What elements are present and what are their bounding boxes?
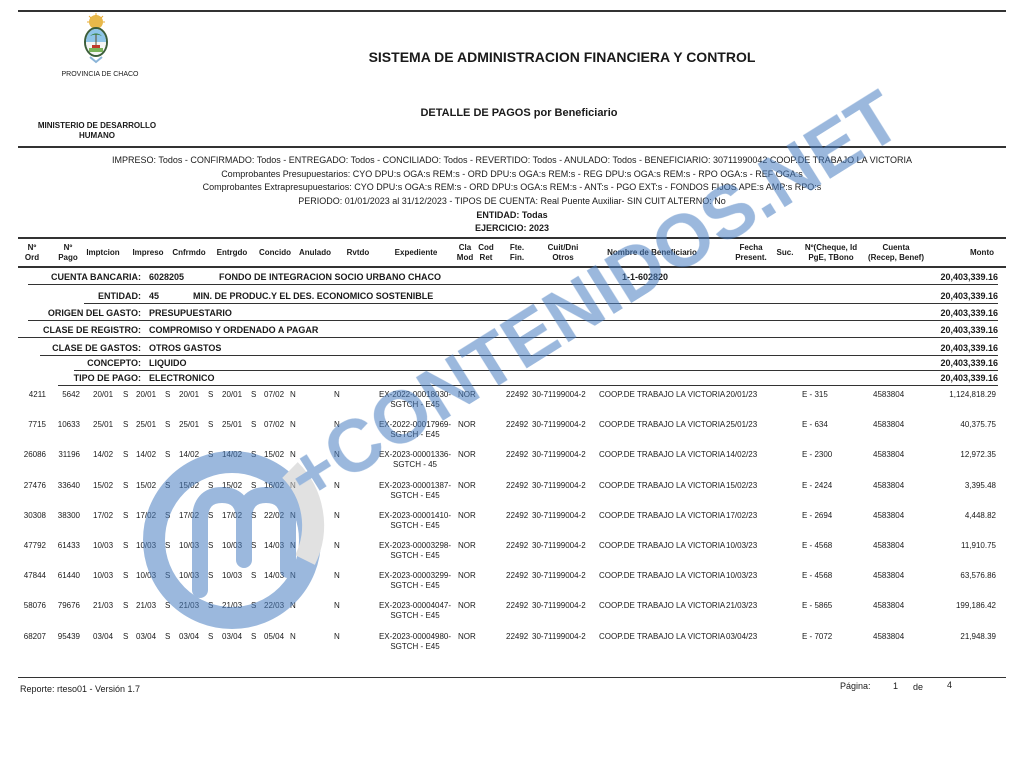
cell-cla-mod: NOR — [458, 481, 476, 490]
table-row: 274763364015/02S15/02S15/02S15/02S16/02N… — [0, 481, 1024, 511]
cell-cuenta: 4583804 — [873, 511, 904, 520]
cell-rvtdo: N — [334, 420, 340, 429]
cell-monto: 40,375.75 — [930, 420, 996, 429]
cell-concido: 16/02 — [264, 481, 284, 490]
cell-cnfrmdo-flag: S — [165, 481, 170, 490]
group-total: 20,403,339.16 — [940, 358, 998, 368]
cell-fecha: 03/04/23 — [726, 632, 757, 641]
ministry-line-2: HUMANO — [22, 131, 172, 141]
cell-pago: 61440 — [50, 571, 80, 580]
cell-entrgdo-flag: S — [208, 390, 213, 399]
cell-entrgdo: 25/01 — [222, 420, 242, 429]
cell-pago: 38300 — [50, 511, 80, 520]
column-header-beneficiario: Nombre de Beneficiario — [596, 248, 708, 258]
cell-cla-mod: NOR — [458, 571, 476, 580]
cell-cla-mod: NOR — [458, 450, 476, 459]
cell-impreso-flag: S — [123, 511, 128, 520]
cell-monto: 21,948.39 — [930, 632, 996, 641]
table-row: 77151063325/01S25/01S25/01S25/01S07/02NN… — [0, 420, 1024, 450]
cell-cnfrmdo-flag: S — [165, 632, 170, 641]
system-title: SISTEMA DE ADMINISTRACION FINANCIERA Y C… — [0, 49, 1024, 65]
cell-fte-fin: 22492 — [506, 571, 528, 580]
cell-cheque: E - 2424 — [802, 481, 832, 490]
cell-cuenta: 4583804 — [873, 571, 904, 580]
table-header-bottom-rule — [18, 266, 1006, 268]
table-row: 478446144010/03S10/03S10/03S10/03S14/03N… — [0, 571, 1024, 601]
cell-expediente: EX-2023-00001336-SGTCH - 45 — [376, 450, 454, 470]
column-header-impreso: Impreso — [128, 248, 168, 258]
group-underline — [84, 303, 998, 304]
table-row: 260863119614/02S14/02S14/02S14/02S15/02N… — [0, 450, 1024, 480]
cell-imptcion: 25/01 — [93, 420, 113, 429]
cell-expediente: EX-2022-00017969-SGTCH - E45 — [376, 420, 454, 440]
cell-impreso-flag: S — [123, 632, 128, 641]
cell-cheque: E - 2694 — [802, 511, 832, 520]
cell-cheque: E - 4568 — [802, 541, 832, 550]
cell-cla-mod: NOR — [458, 632, 476, 641]
cell-monto: 1,124,818.29 — [930, 390, 996, 399]
filter-status-line: IMPRESO: Todos - CONFIRMADO: Todos - ENT… — [0, 154, 1024, 167]
cell-anulado: N — [290, 632, 296, 641]
cell-impreso: 03/04 — [136, 632, 156, 641]
group-underline — [40, 355, 998, 356]
filter-periodo-line: PERIODO: 01/01/2023 al 31/12/2023 - TIPO… — [0, 195, 1024, 208]
cell-cuit: 30-71199004-2 — [532, 450, 586, 459]
cell-entrgdo-flag: S — [208, 571, 213, 580]
cell-cnfrmdo: 15/02 — [179, 481, 199, 490]
table-row: 682079543903/04S03/04S03/04S03/04S05/04N… — [0, 632, 1024, 662]
cell-expediente: EX-2022-00018030-SGTCH - E45 — [376, 390, 454, 410]
cell-anulado: N — [290, 481, 296, 490]
cell-imptcion: 10/03 — [93, 541, 113, 550]
column-header-cuenta: Cuenta(Recep, Benef) — [862, 243, 930, 263]
cell-concido: 14/03 — [264, 571, 284, 580]
column-header-anulado: Anulado — [296, 248, 334, 258]
cell-cuit: 30-71199004-2 — [532, 571, 586, 580]
cell-ord: 27476 — [22, 481, 46, 490]
group-underline — [18, 337, 998, 338]
cell-concido: 22/02 — [264, 511, 284, 520]
cell-monto: 3,395.48 — [930, 481, 996, 490]
column-header-entrgdo: Entrgdo — [212, 248, 252, 258]
cell-entrgdo-flag: S — [208, 420, 213, 429]
cell-fte-fin: 22492 — [506, 632, 528, 641]
cell-cnfrmdo: 21/03 — [179, 601, 199, 610]
cell-rvtdo: N — [334, 632, 340, 641]
cell-concido: 05/04 — [264, 632, 284, 641]
cell-beneficiario: COOP.DE TRABAJO LA VICTORIA — [599, 511, 725, 520]
cell-fecha: 15/02/23 — [726, 481, 757, 490]
cell-rvtdo: N — [334, 390, 340, 399]
cell-concido: 14/03 — [264, 541, 284, 550]
cell-concido: 22/03 — [264, 601, 284, 610]
filter-extrapresupuestarios-line: Comprobantes Extrapresupuestarios: CYO D… — [0, 181, 1024, 194]
cell-cla-mod: NOR — [458, 541, 476, 550]
cell-concido-flag: S — [251, 481, 256, 490]
cell-concido-flag: S — [251, 511, 256, 520]
cell-cuenta: 4583804 — [873, 632, 904, 641]
cell-entrgdo-flag: S — [208, 541, 213, 550]
column-header-cheque: Nº(Cheque, IdPgE, TBono — [800, 243, 862, 263]
cell-cheque: E - 7072 — [802, 632, 832, 641]
group-underline — [28, 284, 998, 285]
cell-pago: 33640 — [50, 481, 80, 490]
cell-impreso-flag: S — [123, 601, 128, 610]
cell-cnfrmdo: 20/01 — [179, 390, 199, 399]
cell-impreso: 20/01 — [136, 390, 156, 399]
group-underline — [74, 370, 998, 371]
cell-entrgdo: 10/03 — [222, 541, 242, 550]
cell-concido-flag: S — [251, 541, 256, 550]
report-title: DETALLE DE PAGOS por Beneficiario — [0, 107, 1024, 119]
cell-fte-fin: 22492 — [506, 511, 528, 520]
report-version: Reporte: rteso01 - Versión 1.7 — [20, 684, 140, 694]
cell-anulado: N — [290, 511, 296, 520]
cell-pago: 31196 — [50, 450, 80, 459]
cell-cla-mod: NOR — [458, 601, 476, 610]
cell-imptcion: 15/02 — [93, 481, 113, 490]
group-code: PRESUPUESTARIO — [149, 308, 232, 318]
cell-cuit: 30-71199004-2 — [532, 632, 586, 641]
column-header-fte-fin: Fte.Fin. — [506, 243, 528, 263]
cell-cuit: 30-71199004-2 — [532, 390, 586, 399]
cell-impreso-flag: S — [123, 390, 128, 399]
cell-beneficiario: COOP.DE TRABAJO LA VICTORIA — [599, 571, 725, 580]
cell-concido-flag: S — [251, 601, 256, 610]
cell-cnfrmdo-flag: S — [165, 571, 170, 580]
cell-cheque: E - 2300 — [802, 450, 832, 459]
cell-imptcion: 10/03 — [93, 571, 113, 580]
cell-fte-fin: 22492 — [506, 390, 528, 399]
group-total: 20,403,339.16 — [940, 291, 998, 301]
cell-entrgdo-flag: S — [208, 450, 213, 459]
cell-fecha: 10/03/23 — [726, 541, 757, 550]
cell-fecha: 20/01/23 — [726, 390, 757, 399]
cell-cuenta: 4583804 — [873, 541, 904, 550]
cell-ord: 47844 — [22, 571, 46, 580]
cell-entrgdo: 21/03 — [222, 601, 242, 610]
cell-beneficiario: COOP.DE TRABAJO LA VICTORIA — [599, 450, 725, 459]
group-code: COMPROMISO Y ORDENADO A PAGAR — [149, 325, 318, 335]
cell-cnfrmdo-flag: S — [165, 420, 170, 429]
column-header-cod-ret: CodRet — [476, 243, 496, 263]
cell-anulado: N — [290, 601, 296, 610]
cell-impreso: 10/03 — [136, 571, 156, 580]
column-header-ord: NºOrd — [18, 243, 46, 263]
group-code: LIQUIDO — [149, 358, 187, 368]
cell-imptcion: 17/02 — [93, 511, 113, 520]
cell-beneficiario: COOP.DE TRABAJO LA VICTORIA — [599, 632, 725, 641]
cell-expediente: EX-2023-00003298-SGTCH - E45 — [376, 541, 454, 561]
cell-entrgdo-flag: S — [208, 632, 213, 641]
cell-cnfrmdo-flag: S — [165, 601, 170, 610]
cell-entrgdo: 03/04 — [222, 632, 242, 641]
cell-cnfrmdo-flag: S — [165, 390, 170, 399]
cell-monto: 199,186.42 — [930, 601, 996, 610]
column-header-fecha: FechaPresent. — [733, 243, 769, 263]
cell-pago: 61433 — [50, 541, 80, 550]
column-header-cla-mod: ClaMod — [456, 243, 474, 263]
page-of-label: de — [913, 682, 923, 692]
cell-impreso-flag: S — [123, 450, 128, 459]
group-label: CLASE DE REGISTRO: — [43, 325, 141, 335]
group-total: 20,403,339.16 — [940, 373, 998, 383]
group-label: TIPO DE PAGO: — [74, 373, 141, 383]
column-header-expediente: Expediente — [380, 248, 452, 258]
cell-ord: 30308 — [22, 511, 46, 520]
cell-entrgdo-flag: S — [208, 601, 213, 610]
cell-expediente: EX-2023-00004980-SGTCH - E45 — [376, 632, 454, 652]
cell-cheque: E - 315 — [802, 390, 828, 399]
cell-imptcion: 14/02 — [93, 450, 113, 459]
cell-fecha: 21/03/23 — [726, 601, 757, 610]
table-row: 4211564220/01S20/01S20/01S20/01S07/02NNN… — [0, 390, 1024, 420]
cell-cla-mod: NOR — [458, 390, 476, 399]
cell-cla-mod: NOR — [458, 511, 476, 520]
cell-cheque: E - 4568 — [802, 571, 832, 580]
cell-concido-flag: S — [251, 450, 256, 459]
group-description: FONDO DE INTEGRACION SOCIO URBANO CHACO — [219, 272, 441, 282]
cell-cnfrmdo-flag: S — [165, 541, 170, 550]
cell-cheque: E - 5865 — [802, 601, 832, 610]
group-total: 20,403,339.16 — [940, 272, 998, 282]
header-bottom-rule — [18, 146, 1006, 148]
column-header-rvtdo: Rvtdo — [343, 248, 373, 258]
cell-cuit: 30-71199004-2 — [532, 601, 586, 610]
group-label: CUENTA BANCARIA: — [51, 272, 141, 282]
cell-anulado: N — [290, 420, 296, 429]
cell-entrgdo: 17/02 — [222, 511, 242, 520]
cell-cnfrmdo-flag: S — [165, 511, 170, 520]
page-total: 4 — [947, 680, 952, 690]
ministry-label: MINISTERIO DE DESARROLLO HUMANO — [22, 121, 172, 141]
cell-cuit: 30-71199004-2 — [532, 481, 586, 490]
column-header-suc: Suc. — [776, 248, 794, 258]
group-label: ENTIDAD: — [98, 291, 141, 301]
cell-imptcion: 21/03 — [93, 601, 113, 610]
cell-impreso-flag: S — [123, 571, 128, 580]
cell-cnfrmdo-flag: S — [165, 450, 170, 459]
cell-entrgdo: 20/01 — [222, 390, 242, 399]
cell-concido-flag: S — [251, 571, 256, 580]
cell-fte-fin: 22492 — [506, 420, 528, 429]
cell-cuenta: 4583804 — [873, 450, 904, 459]
cell-fecha: 10/03/23 — [726, 571, 757, 580]
cell-beneficiario: COOP.DE TRABAJO LA VICTORIA — [599, 601, 725, 610]
cell-concido-flag: S — [251, 420, 256, 429]
table-row: 477926143310/03S10/03S10/03S10/03S14/03N… — [0, 541, 1024, 571]
filter-presupuestarios-line: Comprobantes Presupuestarios: CYO DPU:s … — [0, 168, 1024, 181]
group-total: 20,403,339.16 — [940, 343, 998, 353]
cell-cnfrmdo: 10/03 — [179, 541, 199, 550]
footer-rule — [18, 677, 1006, 678]
cell-fecha: 25/01/23 — [726, 420, 757, 429]
cell-rvtdo: N — [334, 541, 340, 550]
cell-impreso: 10/03 — [136, 541, 156, 550]
cell-beneficiario: COOP.DE TRABAJO LA VICTORIA — [599, 390, 725, 399]
cell-cuit: 30-71199004-2 — [532, 541, 586, 550]
cell-rvtdo: N — [334, 511, 340, 520]
cell-fecha: 14/02/23 — [726, 450, 757, 459]
cell-pago: 95439 — [50, 632, 80, 641]
group-account-code: 1-1-602820 — [622, 272, 668, 282]
cell-beneficiario: COOP.DE TRABAJO LA VICTORIA — [599, 541, 725, 550]
cell-rvtdo: N — [334, 450, 340, 459]
cell-monto: 12,972.35 — [930, 450, 996, 459]
cell-impreso-flag: S — [123, 420, 128, 429]
cell-entrgdo-flag: S — [208, 481, 213, 490]
ministry-line-1: MINISTERIO DE DESARROLLO — [22, 121, 172, 131]
cell-cuenta: 4583804 — [873, 481, 904, 490]
group-code: ELECTRONICO — [149, 373, 215, 383]
cell-cla-mod: NOR — [458, 420, 476, 429]
header-top-rule — [18, 10, 1006, 12]
cell-cnfrmdo: 03/04 — [179, 632, 199, 641]
cell-cnfrmdo: 14/02 — [179, 450, 199, 459]
cell-entrgdo: 15/02 — [222, 481, 242, 490]
column-header-cnfrmdo: Cnfrmdo — [168, 248, 210, 258]
cell-monto: 4,448.82 — [930, 511, 996, 520]
cell-rvtdo: N — [334, 571, 340, 580]
cell-fte-fin: 22492 — [506, 450, 528, 459]
cell-ord: 4211 — [22, 390, 46, 399]
cell-impreso-flag: S — [123, 481, 128, 490]
page-label: Página: — [840, 681, 871, 691]
cell-ord: 47792 — [22, 541, 46, 550]
group-label: CONCEPTO: — [87, 358, 141, 368]
table-row: 580767967621/03S21/03S21/03S21/03S22/03N… — [0, 601, 1024, 631]
cell-impreso: 15/02 — [136, 481, 156, 490]
cell-entrgdo: 14/02 — [222, 450, 242, 459]
cell-impreso-flag: S — [123, 541, 128, 550]
cell-concido-flag: S — [251, 390, 256, 399]
group-code: 6028205 — [149, 272, 184, 282]
cell-anulado: N — [290, 541, 296, 550]
cell-pago: 10633 — [50, 420, 80, 429]
cell-impreso: 25/01 — [136, 420, 156, 429]
cell-fte-fin: 22492 — [506, 541, 528, 550]
cell-rvtdo: N — [334, 601, 340, 610]
cell-anulado: N — [290, 571, 296, 580]
cell-cuit: 30-71199004-2 — [532, 420, 586, 429]
column-header-monto: Monto — [944, 248, 994, 258]
group-code: OTROS GASTOS — [149, 343, 221, 353]
cell-expediente: EX-2023-00001410-SGTCH - E45 — [376, 511, 454, 531]
cell-concido: 15/02 — [264, 450, 284, 459]
cell-entrgdo: 10/03 — [222, 571, 242, 580]
group-label: CLASE DE GASTOS: — [52, 343, 141, 353]
cell-imptcion: 20/01 — [93, 390, 113, 399]
cell-beneficiario: COOP.DE TRABAJO LA VICTORIA — [599, 420, 725, 429]
cell-fte-fin: 22492 — [506, 481, 528, 490]
filter-entidad: ENTIDAD: Todas — [0, 209, 1024, 222]
cell-impreso: 14/02 — [136, 450, 156, 459]
page-current: 1 — [893, 681, 898, 691]
filter-ejercicio: EJERCICIO: 2023 — [0, 222, 1024, 235]
table-header-top-rule — [18, 237, 1006, 239]
group-underline — [58, 385, 998, 386]
group-label: ORIGEN DEL GASTO: — [48, 308, 141, 318]
cell-imptcion: 03/04 — [93, 632, 113, 641]
cell-cuenta: 4583804 — [873, 601, 904, 610]
province-label: PROVINCIA DE CHACO — [40, 71, 160, 78]
cell-anulado: N — [290, 390, 296, 399]
cell-expediente: EX-2023-00001387-SGTCH - E45 — [376, 481, 454, 501]
cell-beneficiario: COOP.DE TRABAJO LA VICTORIA — [599, 481, 725, 490]
cell-impreso: 17/02 — [136, 511, 156, 520]
cell-cuenta: 4583804 — [873, 420, 904, 429]
cell-ord: 26086 — [22, 450, 46, 459]
group-description: MIN. DE PRODUC.Y EL DES. ECONOMICO SOSTE… — [193, 291, 433, 301]
cell-impreso: 21/03 — [136, 601, 156, 610]
cell-cuit: 30-71199004-2 — [532, 511, 586, 520]
cell-ord: 7715 — [22, 420, 46, 429]
column-header-concido: Concido — [255, 248, 295, 258]
cell-cheque: E - 634 — [802, 420, 828, 429]
column-header-imptcion: Imptcion — [82, 248, 124, 258]
cell-cnfrmdo: 25/01 — [179, 420, 199, 429]
cell-fte-fin: 22492 — [506, 601, 528, 610]
cell-expediente: EX-2023-00004047-SGTCH - E45 — [376, 601, 454, 621]
cell-concido-flag: S — [251, 632, 256, 641]
cell-rvtdo: N — [334, 481, 340, 490]
cell-monto: 11,910.75 — [930, 541, 996, 550]
column-header-pago: NºPago — [54, 243, 82, 263]
cell-cnfrmdo: 10/03 — [179, 571, 199, 580]
cell-expediente: EX-2023-00003299-SGTCH - E45 — [376, 571, 454, 591]
group-underline — [28, 320, 998, 321]
group-total: 20,403,339.16 — [940, 308, 998, 318]
cell-ord: 58076 — [22, 601, 46, 610]
cell-ord: 68207 — [22, 632, 46, 641]
cell-cnfrmdo: 17/02 — [179, 511, 199, 520]
column-header-cuit: Cuit/DniOtros — [543, 243, 583, 263]
group-total: 20,403,339.16 — [940, 325, 998, 335]
table-row: 303083830017/02S17/02S17/02S17/02S22/02N… — [0, 511, 1024, 541]
cell-concido: 07/02 — [264, 420, 284, 429]
cell-monto: 63,576.86 — [930, 571, 996, 580]
cell-cuenta: 4583804 — [873, 390, 904, 399]
cell-pago: 79676 — [50, 601, 80, 610]
cell-concido: 07/02 — [264, 390, 284, 399]
cell-fecha: 17/02/23 — [726, 511, 757, 520]
cell-anulado: N — [290, 450, 296, 459]
cell-entrgdo-flag: S — [208, 511, 213, 520]
group-code: 45 — [149, 291, 159, 301]
cell-pago: 5642 — [50, 390, 80, 399]
